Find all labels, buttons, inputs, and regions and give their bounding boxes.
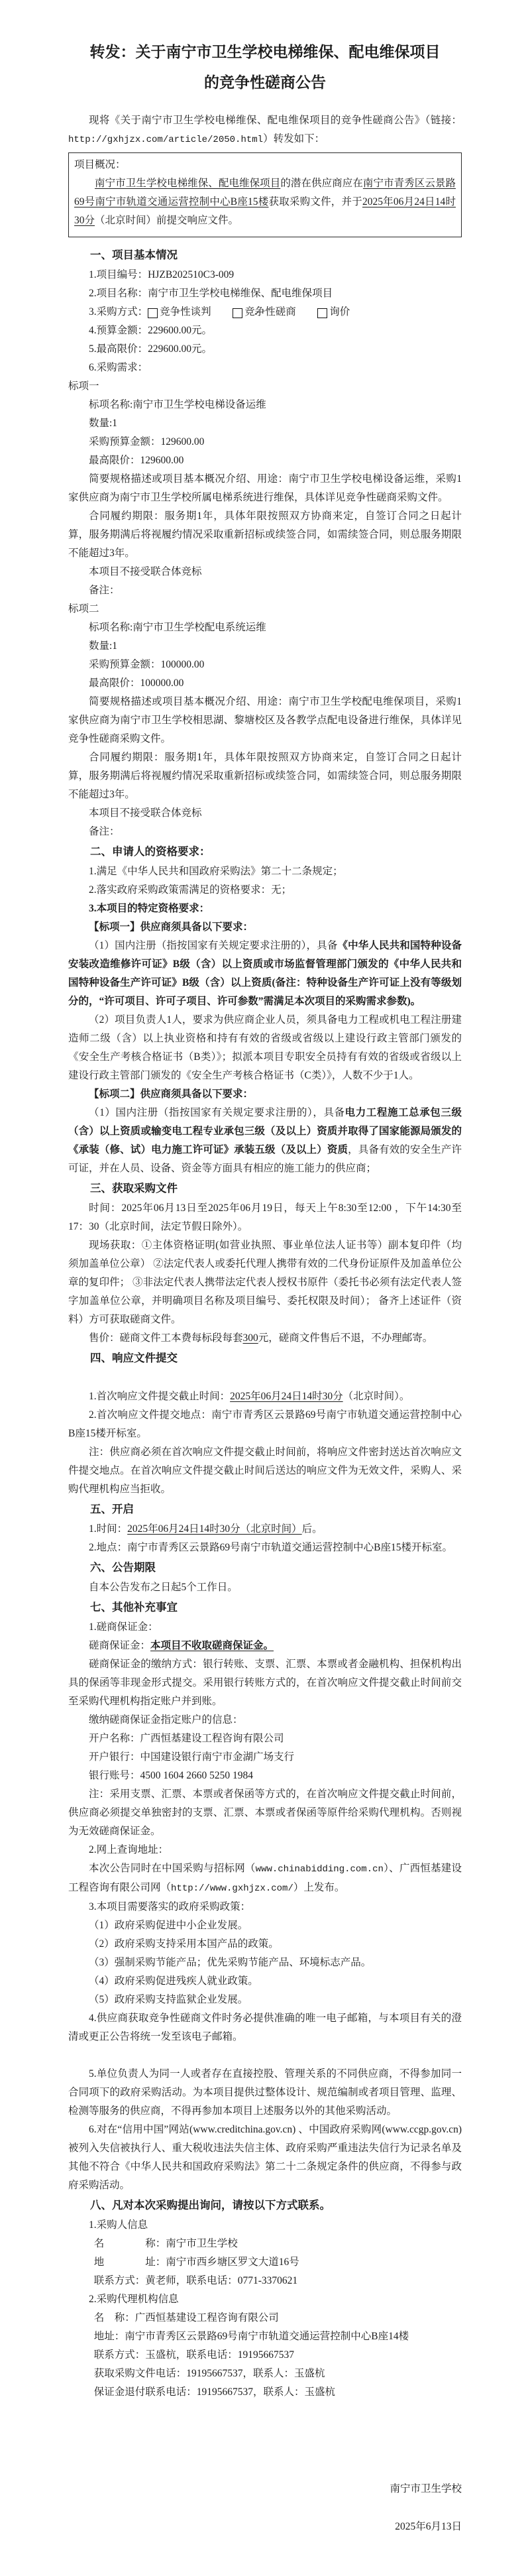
policy-item-1: （1）政府采购促进中小企业发展。 bbox=[68, 1916, 462, 1935]
deposit-statement: 磋商保证金：本项目不收取磋商保证金。 bbox=[68, 1637, 462, 1655]
opening-location: 2.地点：南宁市青秀区云景路69号南宁市轨道交通运营控制中心B座15楼开标室。 bbox=[68, 1539, 462, 1557]
lot1-qualification-heading: 【标项一】供应商须具备以下要求： bbox=[68, 918, 462, 937]
section5-heading: 五、开启 bbox=[68, 1499, 462, 1519]
project-name: 2.项目名称：南宁市卫生学校电梯维保、配电维保项目 bbox=[68, 284, 462, 303]
overview-label: 项目概况： bbox=[74, 156, 456, 174]
overview-project-name: 南宁市卫生学校电梯维保、配电维保项目 bbox=[95, 178, 280, 189]
project-number: 1.项目编号：HJZB202510C3-009 bbox=[68, 266, 462, 284]
intro-pre-text: 现将《关于南宁市卫生学校电梯维保、配电维保项目的竞争性磋商公告》（链接： bbox=[89, 115, 462, 126]
procurement-method-row: 3.采购方式：✓竞争性谈判✓竞争性磋商✓询价 bbox=[68, 303, 462, 322]
section3-heading: 三、获取采购文件 bbox=[68, 1179, 462, 1199]
lot2-description: 简要规格描述或项目基本概况介绍、用途：南宁市卫生学校配电维保项目，采购1家供应商… bbox=[68, 693, 462, 748]
option-label: 询价 bbox=[329, 306, 350, 318]
lot1-max-price: 最高限价：129600.00 bbox=[68, 451, 462, 470]
overview-text-2: 获取采购文件，并于 bbox=[268, 196, 362, 207]
announcement-period: 自本公告发布之日起5个工作日。 bbox=[68, 1578, 462, 1597]
agent-contact: 联系方式：玉盛杭，联系电话：19195667537 bbox=[68, 2346, 462, 2365]
procurement-method-label: 3.采购方式： bbox=[89, 306, 148, 318]
agent-address: 地址：南宁市青秀区云景路69号南宁市轨道交通运营控制中心B座14楼 bbox=[68, 2327, 462, 2346]
chinabidding-url: www.chinabidding.com.cn bbox=[256, 1864, 384, 1875]
submission-location: 2.首次响应文件提交地点：南宁市青秀区云景路69号南宁市轨道交通运营控制中心B座… bbox=[68, 1406, 462, 1443]
buyer-contact: 联系方式：黄老师，联系电话：0771-3370621 bbox=[68, 2272, 462, 2290]
lot1-budget: 采购预算金额：129600.00 bbox=[68, 433, 462, 451]
gxhjzx-url: http://www.gxhjzx.com/ bbox=[171, 1883, 293, 1894]
credit-china-restriction: 6.对在“信用中国”网站(www.creditchina.gov.cn) 、中国… bbox=[68, 2121, 462, 2195]
overview-box: 项目概况： 南宁市卫生学校电梯维保、配电维保项目的潜在供应商应在南宁市青秀区云景… bbox=[68, 152, 462, 237]
max-price: 5.最高限价：229600.00元。 bbox=[68, 340, 462, 359]
lot2-max-price: 最高限价：100000.00 bbox=[68, 674, 462, 693]
submission-note: 注：供应商必须在首次响应文件提交截止时间前，将响应文件密封送达首次响应文件提交地… bbox=[68, 1443, 462, 1499]
intro-post-text: ）转发如下： bbox=[263, 133, 325, 145]
account-number: 银行账号：4500 1604 2660 5250 1984 bbox=[68, 1767, 462, 1785]
section4-heading: 四、响应文件提交 bbox=[68, 1348, 462, 1368]
opening-time: 1.时间：2025年06月24日14时30分（北京时间）后。 bbox=[68, 1520, 462, 1539]
deposit-account-label: 缴纳磋商保证金指定账户的信息： bbox=[68, 1711, 462, 1729]
article-link-url: http://gxhjzx.com/article/2050.html bbox=[68, 135, 263, 145]
checkbox-icon: ✓ bbox=[317, 308, 327, 318]
opening-datetime: 2025年06月24日14时30分（北京时间） bbox=[127, 1523, 302, 1535]
qualification-item2: 2.落实政府采购政策需满足的资格要求：无； bbox=[68, 881, 462, 900]
option-inquiry: ✓询价 bbox=[317, 306, 350, 318]
agent-doc-phone: 获取采购文件电话：19195667537，联系人：玉盛杭 bbox=[68, 2365, 462, 2383]
onsite-obtain-requirements: 现场获取：①主体资格证明(如营业执照、事业单位法人证书等）副本复印件（均须加盖单… bbox=[68, 1236, 462, 1329]
document-title: 转发：关于南宁市卫生学校电梯维保、配电维保项目的竞争性磋商公告 bbox=[68, 37, 462, 98]
section7-heading: 七、其他补充事宜 bbox=[68, 1598, 462, 1617]
deposit-note: 注：采用支票、汇票、本票或者保函等方式的，在首次响应文件提交截止时间前，供应商必… bbox=[68, 1785, 462, 1841]
lot2-qualification-1: （1）国内注册（指按国家有关规定要求注册的），具备电力工程施工总承包三级（含）以… bbox=[68, 1104, 462, 1178]
price-post: 元，磋商文件售后不退，不办理邮寄。 bbox=[258, 1332, 433, 1344]
email-notice: 4.供应商获取竞争性磋商文件时务必提供准确的唯一电子邮箱，与本项目有关的澄清或更… bbox=[68, 2009, 462, 2046]
agent-refund-phone: 保证金退付联系电话：19195667537，联系人：玉盛杭 bbox=[68, 2383, 462, 2402]
lot1-no-consortium: 本项目不接受联合体竞标 bbox=[68, 563, 462, 581]
lot1-name: 标项名称:南宁市卫生学校电梯设备运维 bbox=[68, 396, 462, 414]
option-consultation: ✓竞争性磋商 bbox=[233, 306, 296, 318]
lot2-qualification-heading: 【标项二】供应商须具备以下要求： bbox=[68, 1085, 462, 1104]
qualification-item3: 3.本项目的特定资格要求： bbox=[68, 900, 462, 918]
deposit-payment-method: 磋商保证金的缴纳方式：银行转账、支票、汇票、本票或者金融机构、担保机构出具的保函… bbox=[68, 1655, 462, 1711]
qualification-item1: 1.满足《中华人民共和国政府采购法》第二十二条规定； bbox=[68, 862, 462, 881]
lot1-qual-pre: （1）国内注册（指按国家有关规定要求注册的），具备 bbox=[89, 940, 337, 951]
account-name: 开户名称：广西恒基建设工程咨询有限公司 bbox=[68, 1729, 462, 1748]
signature-block: 南宁市卫生学校 2025年6月13日 bbox=[68, 2480, 462, 2536]
deposit-pre: 磋商保证金： bbox=[89, 1640, 150, 1651]
section2-heading: 二、申请人的资格要求： bbox=[68, 842, 462, 862]
lot1-contract-term: 合同履约期限：服务期1年，具体年限按照双方协商来定，自签订合同之日起计算，服务期… bbox=[68, 507, 462, 563]
policy-item-4: （4）政府采购促进残疾人就业政策。 bbox=[68, 1972, 462, 1991]
signature-date: 2025年6月13日 bbox=[68, 2518, 462, 2536]
policy-item-5: （5）政府采购支持监狱企业发展。 bbox=[68, 1991, 462, 2009]
lot2-qty: 数量:1 bbox=[68, 637, 462, 656]
option-negotiation: ✓竞争性谈判 bbox=[148, 306, 211, 318]
opening-time-pre: 1.时间： bbox=[89, 1523, 127, 1535]
agent-name: 名 称：广西恒基建设工程咨询有限公司 bbox=[68, 2309, 462, 2327]
online-query-label: 2.网上查询地址： bbox=[68, 1841, 462, 1859]
option-label: 竞争性谈判 bbox=[160, 306, 211, 318]
budget-amount: 4.预算金额：229600.00元。 bbox=[68, 322, 462, 340]
deposit-label: 1.磋商保证金： bbox=[68, 1618, 462, 1637]
document-obtain-time: 时间：2025年06月13日至2025年06月19日，每天上午8:30至12:0… bbox=[68, 1199, 462, 1236]
lot2-no-consortium: 本项目不接受联合体竞标 bbox=[68, 804, 462, 823]
title-line-2: 的竞争性磋商公告 bbox=[204, 74, 326, 91]
lot1-title: 标项一 bbox=[68, 377, 462, 396]
lot2-remark: 备注： bbox=[68, 823, 462, 841]
policy-item-2: （2）政府采购支持采用本国产品的政策。 bbox=[68, 1935, 462, 1954]
price-pre: 售价：磋商文件工本费每标段每套 bbox=[89, 1332, 243, 1344]
deadline-post: （北京时间）。 bbox=[343, 1391, 410, 1402]
deadline-datetime: 2025年06月24日14时30分 bbox=[230, 1391, 343, 1402]
checkbox-icon: ✓ bbox=[148, 308, 158, 318]
procurement-requirements-label: 6.采购需求： bbox=[68, 359, 462, 377]
section8-heading: 八、凡对本次采购提出询问，请按以下方式联系。 bbox=[68, 2195, 462, 2215]
lot2-title: 标项二 bbox=[68, 600, 462, 618]
deadline-pre: 1.首次响应文件提交截止时间： bbox=[89, 1391, 230, 1402]
price-amount: 300 bbox=[243, 1332, 258, 1344]
option-label: 竞争性磋商 bbox=[244, 306, 296, 318]
signature-org: 南宁市卫生学校 bbox=[68, 2480, 462, 2498]
checkbox-checked-icon: ✓ bbox=[233, 308, 242, 318]
title-line-1: 转发：关于南宁市卫生学校电梯维保、配电维保项目 bbox=[90, 44, 441, 60]
lot2-contract-term: 合同履约期限：服务期1年，具体年限按照双方协商来定，自签订合同之日起计算，服务期… bbox=[68, 748, 462, 804]
publish-websites: 本次公告同时在中国采购与招标网（www.chinabidding.com.cn）… bbox=[68, 1859, 462, 1898]
intro-paragraph: 现将《关于南宁市卫生学校电梯维保、配电维保项目的竞争性磋商公告》（链接：http… bbox=[68, 111, 462, 149]
lot2-name: 标项名称:南宁市卫生学校配电系统运维 bbox=[68, 618, 462, 637]
buyer-info-label: 1.采购人信息 bbox=[68, 2216, 462, 2235]
policy-label: 3.本项目需要落实的政府采购政策： bbox=[68, 1898, 462, 1916]
section1-heading: 一、项目基本情况 bbox=[68, 245, 462, 265]
lot1-qty: 数量:1 bbox=[68, 414, 462, 433]
spacer bbox=[68, 1369, 462, 1387]
lot2-qual-pre: （1）国内注册（指按国家有关规定要求注册的），具备 bbox=[89, 1107, 345, 1118]
document-price: 售价：磋商文件工本费每标段每套300元，磋商文件售后不退，不办理邮寄。 bbox=[68, 1329, 462, 1348]
submission-deadline: 1.首次响应文件提交截止时间：2025年06月24日14时30分（北京时间）。 bbox=[68, 1387, 462, 1406]
buyer-name: 名 称：南宁市卫生学校 bbox=[68, 2235, 462, 2253]
account-bank: 开户银行：中国建设银行南宁市金湖广场支行 bbox=[68, 1748, 462, 1767]
opening-time-post: 后。 bbox=[302, 1523, 323, 1535]
section6-heading: 六、公告期限 bbox=[68, 1558, 462, 1578]
overview-text-1: 的潜在供应商应在 bbox=[280, 178, 363, 189]
agent-info-label: 2.采购代理机构信息 bbox=[68, 2290, 462, 2309]
spacer bbox=[68, 2046, 462, 2065]
lot2-budget: 采购预算金额：100000.00 bbox=[68, 656, 462, 674]
buyer-address: 地 址：南宁市西乡塘区罗文大道16号 bbox=[68, 2253, 462, 2272]
publish-post: ）上发布。 bbox=[293, 1882, 345, 1893]
lot1-qualification-1: （1）国内注册（指按国家有关规定要求注册的），具备《中华人民共和国特种设备安装改… bbox=[68, 937, 462, 1011]
overview-text-3: （北京时间）前提交响应文件。 bbox=[95, 215, 238, 226]
policy-item-3: （3）强制采购节能产品；优先采购节能产品、环境标志产品。 bbox=[68, 1954, 462, 1972]
same-person-restriction: 5.单位负责人为同一人或者存在直接控股、管理关系的不同供应商，不得参加同一合同项… bbox=[68, 2065, 462, 2121]
publish-pre: 本次公告同时在中国采购与招标网（ bbox=[89, 1863, 256, 1874]
lot1-qualification-2: （2）项目负责人1人，要求为供应商企业人员，须具备电力工程或机电工程注册建造师二… bbox=[68, 1011, 462, 1085]
announcement-document: 转发：关于南宁市卫生学校电梯维保、配电维保项目的竞争性磋商公告 现将《关于南宁市… bbox=[0, 0, 526, 2576]
lot1-description: 简要规格描述或项目基本概况介绍、用途：南宁市卫生学校电梯设备运维，采购1家供应商… bbox=[68, 470, 462, 507]
no-deposit-notice: 本项目不收取磋商保证金。 bbox=[150, 1640, 274, 1651]
lot1-remark: 备注： bbox=[68, 581, 462, 600]
overview-text: 南宁市卫生学校电梯维保、配电维保项目的潜在供应商应在南宁市青秀区云景路69号南宁… bbox=[74, 174, 456, 230]
